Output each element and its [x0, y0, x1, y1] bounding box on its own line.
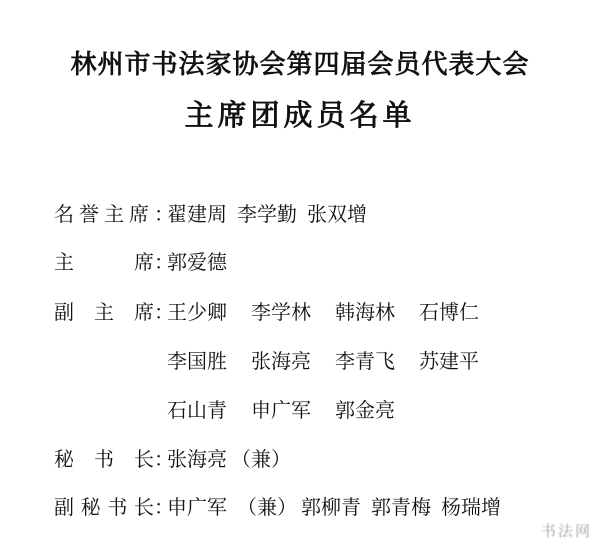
member-name: 郭金亮: [335, 395, 419, 425]
label-char: 长：: [134, 444, 166, 474]
row-label: 名 誉 主 席 ：: [54, 199, 166, 229]
label-char: 秘: [81, 492, 101, 522]
row-label: 副 秘 书 长：: [54, 492, 166, 522]
row-label: 秘 书 长：: [54, 444, 166, 474]
document-subtitle: 主席团成员名单: [0, 96, 600, 134]
member-name: 张海亮: [251, 346, 335, 376]
label-char: 书: [107, 492, 127, 522]
member-name: 杨瑞增: [441, 492, 501, 522]
member-names: 王少卿 李学林 韩海林 石博仁: [167, 297, 503, 327]
member-name: 石博仁: [419, 297, 503, 327]
member-names: 李国胜 张海亮 李青飞 苏建平: [167, 346, 503, 376]
member-name: 张海亮: [167, 444, 227, 474]
document-title: 林州市书法家协会第四届会员代表大会: [0, 48, 600, 82]
member-name: 郭青梅: [371, 492, 431, 522]
member-name: 申广军: [251, 395, 335, 425]
label-char: 秘: [54, 444, 74, 474]
label-char: 席: [129, 199, 149, 229]
member-name: 申广军: [167, 492, 227, 522]
member-note: （兼）: [231, 444, 291, 474]
member-names: 张海亮 （兼）: [167, 444, 301, 474]
member-name: 王少卿: [167, 297, 251, 327]
label-char: 书: [94, 444, 114, 474]
member-note: （兼）: [237, 492, 297, 522]
member-name: 李国胜: [167, 346, 251, 376]
label-char: 副: [54, 492, 74, 522]
member-names: 石山青 申广军 郭金亮: [167, 395, 419, 425]
watermark: 书法网: [541, 520, 592, 541]
label-char: 誉: [79, 199, 99, 229]
row-label: 副 主 席：: [54, 297, 166, 327]
label-char: 副: [54, 297, 74, 327]
label-char: 主: [54, 247, 74, 277]
member-names: 郭爱德: [167, 247, 237, 277]
label-char: 席：: [134, 297, 166, 327]
label-char: 主: [104, 199, 124, 229]
member-name: 郭柳青: [301, 492, 361, 522]
member-names: 翟建周 李学勤 张双增: [167, 199, 377, 229]
member-name: 韩海林: [335, 297, 419, 327]
member-name: 石山青: [167, 395, 251, 425]
member-name: 李学勤: [237, 199, 297, 229]
member-name: 翟建周: [167, 199, 227, 229]
member-name: 郭爱德: [167, 247, 227, 277]
member-name: 李学林: [251, 297, 335, 327]
label-char: 长：: [134, 492, 166, 522]
label-char: 席：: [134, 247, 166, 277]
member-name: 张双增: [307, 199, 367, 229]
label-char: 名: [54, 199, 74, 229]
member-name: 苏建平: [419, 346, 503, 376]
member-name: 李青飞: [335, 346, 419, 376]
member-names: 申广军 （兼） 郭柳青 郭青梅 杨瑞增: [167, 492, 511, 522]
row-label: 主 席：: [54, 247, 166, 277]
label-char: ：: [154, 199, 166, 229]
label-char: 主: [94, 297, 114, 327]
